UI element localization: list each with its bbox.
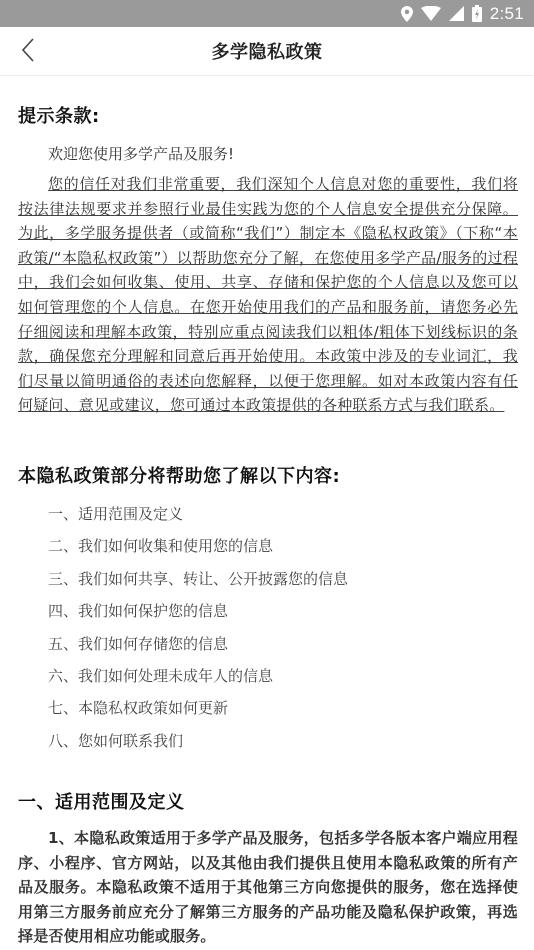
toc-item: 四、我们如何保护您的信息 [48, 601, 348, 633]
location-icon [401, 6, 413, 22]
toc-item: 三、我们如何共享、转让、公开披露您的信息 [48, 569, 348, 601]
page-title: 多学隐私政策 [212, 38, 323, 64]
toc-item: 一、适用范围及定义 [48, 504, 348, 536]
back-button[interactable] [12, 35, 44, 69]
tips-heading: 提示条款: [18, 102, 100, 128]
clock: 2:51 [490, 4, 524, 24]
intro-paragraph: 您的信任对我们非常重要，我们深知个人信息对您的重要性，我们将按法律法规要求并参照… [18, 172, 518, 418]
wifi-icon [421, 6, 441, 21]
section-1-paragraph: 1、本隐私政策适用于多学产品及服务，包括多学各版本客户端应用程序、小程序、官方网… [18, 826, 518, 949]
toc-item: 七、本隐私权政策如何更新 [48, 698, 348, 730]
toc-item: 二、我们如何收集和使用您的信息 [48, 536, 348, 568]
toc-item: 六、我们如何处理未成年人的信息 [48, 666, 348, 698]
toc-item: 五、我们如何存储您的信息 [48, 634, 348, 666]
cell-signal-icon [449, 6, 464, 21]
section-1-heading: 一、适用范围及定义 [18, 788, 185, 814]
status-bar: 2:51 [0, 0, 534, 27]
overview-heading: 本隐私政策部分将帮助您了解以下内容: [18, 462, 340, 488]
chevron-left-icon [21, 38, 35, 66]
welcome-text: 欢迎您使用多学产品及服务! [48, 143, 234, 164]
battery-charging-icon [472, 5, 482, 22]
app-header: 多学隐私政策 [0, 27, 534, 76]
table-of-contents: 一、适用范围及定义 二、我们如何收集和使用您的信息 三、我们如何共享、转让、公开… [48, 504, 348, 763]
toc-item: 八、您如何联系我们 [48, 731, 348, 763]
